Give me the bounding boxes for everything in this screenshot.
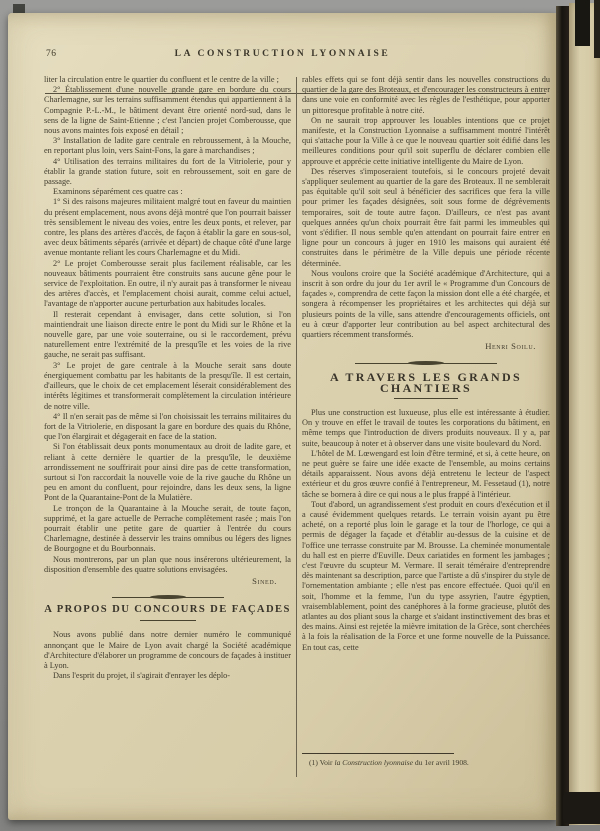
- scanned-book-spread: 76 LA CONSTRUCTION LYONNAISE liter la ci…: [0, 0, 600, 831]
- paragraph: rables effets qui se font déjà sentir da…: [302, 75, 550, 116]
- right-article-body: rables effets qui se font déjà sentir da…: [302, 75, 550, 340]
- paragraph: Si l'on établissait deux ponts monumenta…: [44, 442, 291, 503]
- paragraph: Il resterait cependant à envisager, dans…: [44, 310, 291, 361]
- paragraph: 4° Utilisation des terrains militaires d…: [44, 157, 291, 188]
- left-article-body: liter la circulation entre le quartier d…: [44, 75, 291, 575]
- footnote-italic: la Construction lyonnaise: [334, 758, 412, 767]
- journal-title: LA CONSTRUCTION LYONNAISE: [8, 49, 557, 59]
- paragraph: On ne saurait trop approuver les louable…: [302, 116, 550, 167]
- paragraph: Examinons séparément ces quatre cas :: [44, 187, 291, 197]
- signature-sined: Sined.: [44, 576, 291, 586]
- binding-mark-right: [594, 0, 600, 58]
- footnote: (1) Voir la Construction lyonnaise du 1e…: [302, 753, 550, 768]
- footnote-pre: (1) Voir: [309, 758, 334, 767]
- paragraph: 2° Le projet Comberousse serait plus fac…: [44, 259, 291, 310]
- footnote-text: (1) Voir la Construction lyonnaise du 1e…: [302, 758, 550, 768]
- right-column: rables effets qui se font déjà sentir da…: [302, 75, 550, 750]
- paragraph: Dans l'esprit du projet, il s'agirait d'…: [44, 671, 291, 681]
- paragraph: 2° Établissement d'une nouvelle grande g…: [44, 85, 291, 136]
- paragraph: 1° Si des raisons majeures militaient ma…: [44, 197, 291, 258]
- running-head: 76 LA CONSTRUCTION LYONNAISE: [8, 49, 557, 71]
- heading-underline: [140, 620, 196, 621]
- book-gutter: [556, 6, 569, 826]
- tapered-rule-ornament: [355, 361, 497, 365]
- paragraph: Des réserves s'imposeraient toutefois, s…: [302, 167, 550, 269]
- signature-henri-soilu: Henri Soilu.: [302, 341, 550, 351]
- paragraph: 3° Le projet de gare centrale à la Mouch…: [44, 361, 291, 412]
- paragraph: Tout d'abord, un agrandissement s'est pr…: [302, 500, 550, 653]
- next-page-edge: [569, 3, 600, 825]
- paragraph: Le tronçon de la Quarantaine à la Mouche…: [44, 504, 291, 555]
- left-column: liter la circulation entre le quartier d…: [44, 75, 291, 775]
- paragraph: Nous avons publié dans notre dernier num…: [44, 630, 291, 671]
- paragraph: 4° Il n'en serait pas de même si l'on ch…: [44, 412, 291, 443]
- section-heading-concours-facades: A PROPOS DU CONCOURS DE FAÇADES: [44, 605, 291, 615]
- paragraph: 3° Installation de ladite gare centrale …: [44, 136, 291, 156]
- text-columns: liter la circulation entre le quartier d…: [8, 75, 557, 777]
- footnote-divider-rule: [302, 753, 454, 754]
- binding-mark-top: [575, 0, 590, 46]
- column-divider-rule: [296, 77, 297, 777]
- binding-mark-bottom: [563, 792, 600, 824]
- paragraph: Nous voulons croire que la Société acadé…: [302, 269, 550, 340]
- paragraph: Nous montrerons, par un plan que nous in…: [44, 555, 291, 575]
- right-section-body: Plus une construction est luxueuse, plus…: [302, 408, 550, 653]
- left-section-body: Nous avons publié dans notre dernier num…: [44, 630, 291, 681]
- paragraph: L'hôtel de M. Lœwengard est loin d'être …: [302, 449, 550, 500]
- scan-corner-mark: [13, 4, 25, 13]
- paragraph: liter la circulation entre le quartier d…: [44, 75, 291, 85]
- journal-page: 76 LA CONSTRUCTION LYONNAISE liter la ci…: [8, 13, 557, 820]
- tapered-rule-ornament: [112, 595, 224, 599]
- section-heading-grands-chantiers: A TRAVERS LES GRANDS CHANTIERS: [302, 372, 550, 392]
- paragraph: Plus une construction est luxueuse, plus…: [302, 408, 550, 449]
- heading-underline: [394, 398, 458, 399]
- footnote-post: du 1er avril 1908.: [413, 758, 469, 767]
